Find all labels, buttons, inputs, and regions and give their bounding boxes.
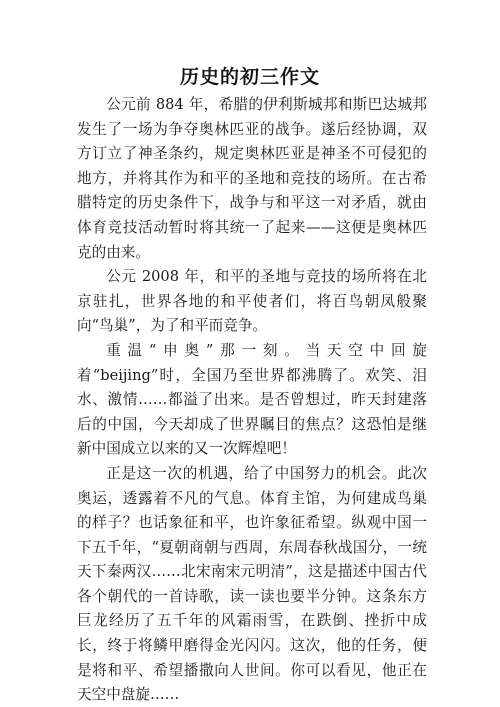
document-page: 历史的初三作文 公元前 884 年，希腊的伊利斯城邦和斯巴达城邦发生了一场为争夺… (0, 0, 500, 707)
paragraph-2: 公元 2008 年，和平的圣地与竞技的场所将在北京驻扎，世界各地的和平使者们，将… (77, 265, 427, 339)
paragraph-1: 公元前 884 年，希腊的伊利斯城邦和斯巴达城邦发生了一场为争夺奥林匹亚的战争。… (77, 93, 427, 265)
document-body: 公元前 884 年，希腊的伊利斯城邦和斯巴达城邦发生了一场为争夺奥林匹亚的战争。… (77, 93, 427, 707)
paragraph-4: 正是这一次的机遇，给了中国努力的机会。此次奥运，透露着不凡的气息。体育主馆，为何… (77, 462, 427, 707)
paragraph-3: 重温“申奥”那一刻。当天空中回旋着“beijing”时，全国乃至世界都沸腾了。欢… (77, 339, 427, 462)
document-title: 历史的初三作文 (0, 62, 500, 89)
